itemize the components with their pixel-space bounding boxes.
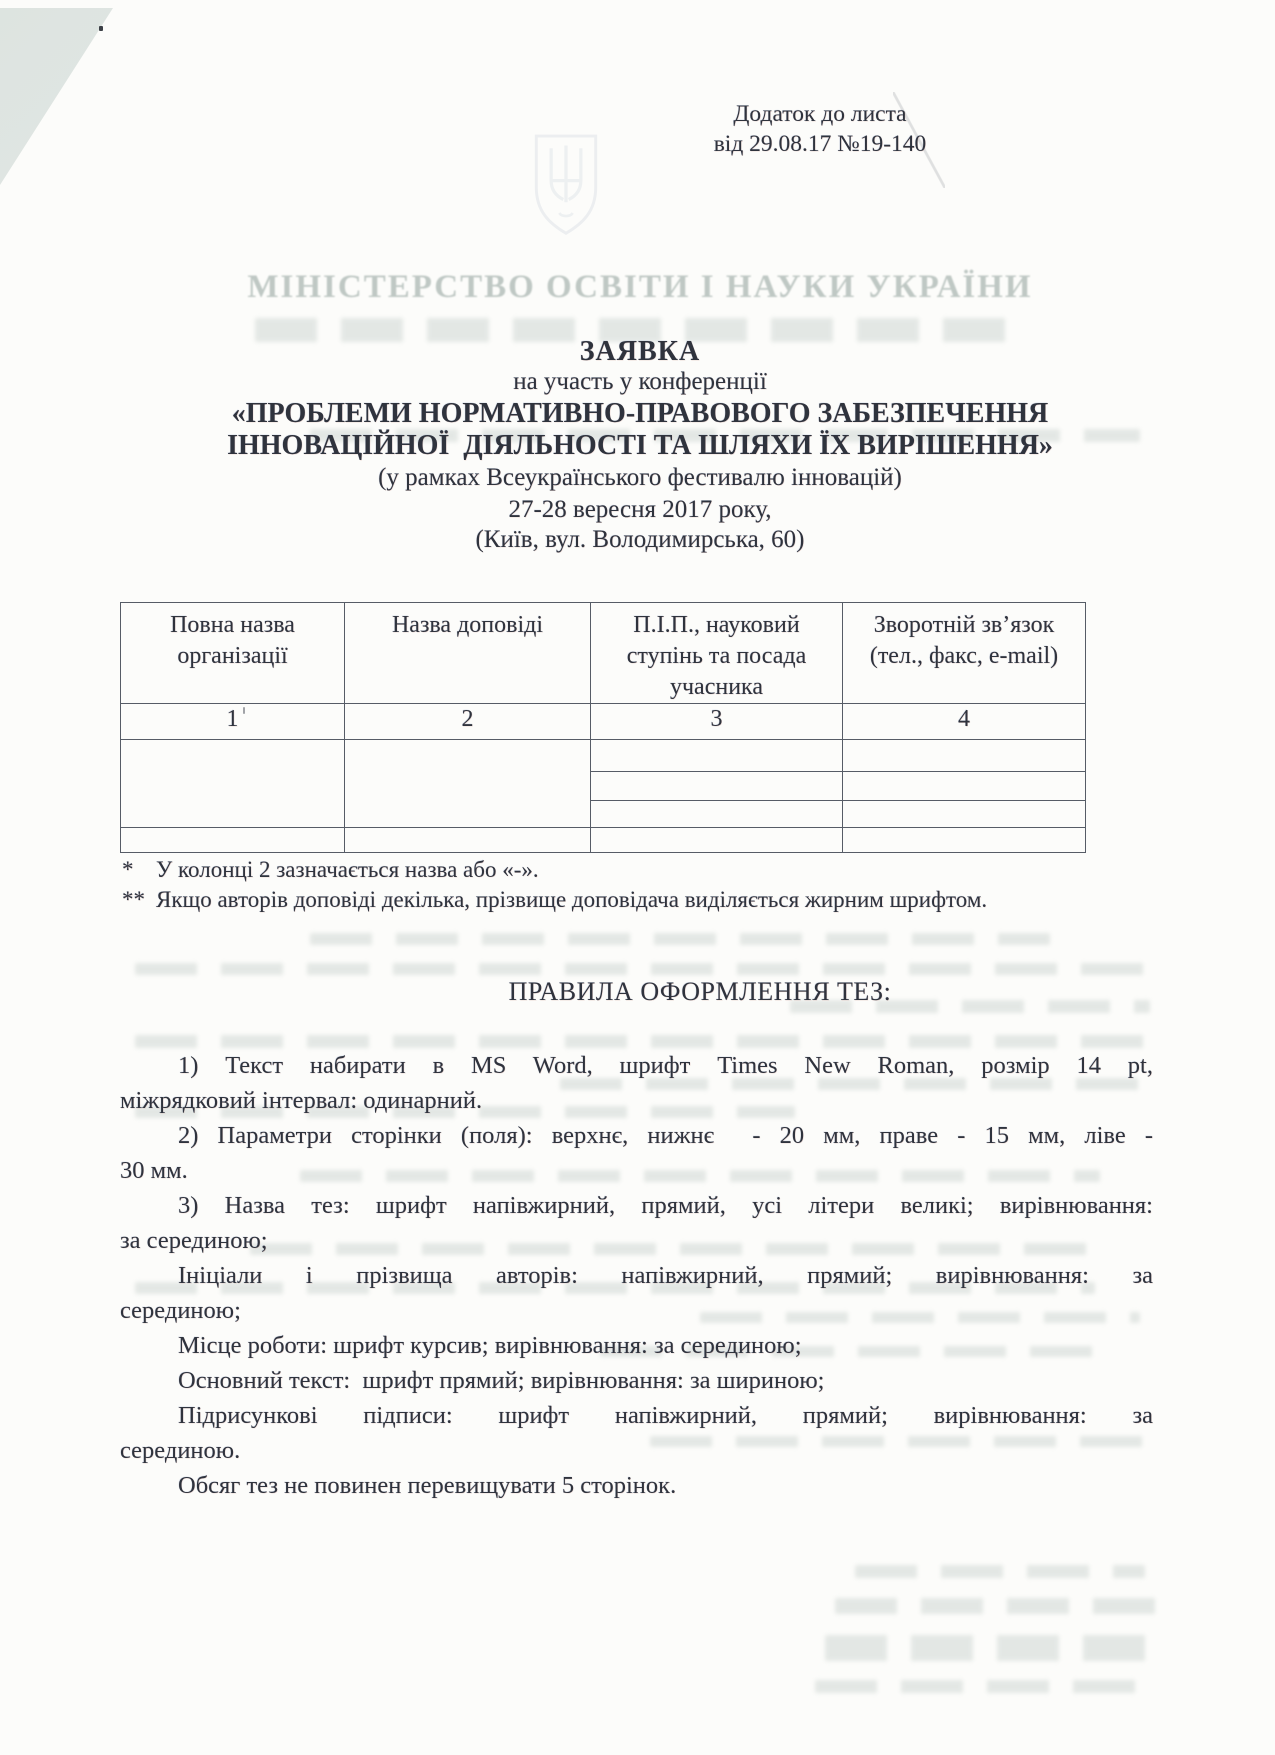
conference-dates: 27-28 вересня 2017 року, bbox=[130, 496, 1150, 524]
ghost-text-band bbox=[135, 1035, 1150, 1048]
rules-paragraph-line: серединою. bbox=[120, 1433, 1153, 1468]
header-organization: Повна назва організації bbox=[121, 603, 345, 704]
table-row bbox=[121, 828, 1086, 853]
application-table: Повна назва організації Назва доповіді П… bbox=[120, 602, 1086, 853]
footnote-text: Якщо авторів доповіді декілька, прізвище… bbox=[156, 885, 987, 915]
scanned-document-page: Додаток до листа від 29.08.17 №19-140 МІ… bbox=[0, 0, 1275, 1755]
empty-cell-organization bbox=[121, 740, 345, 828]
table-header-row: Повна назва організації Назва доповіді П… bbox=[121, 603, 1086, 704]
document-subtitle: на участь у конференції bbox=[130, 368, 1150, 396]
table-number-row: 1 2 3 4 bbox=[121, 704, 1086, 740]
empty-cell-participant bbox=[591, 772, 843, 801]
empty-cell-participant bbox=[591, 801, 843, 828]
table-row bbox=[121, 740, 1086, 772]
header-report-title: Назва доповіді bbox=[345, 603, 591, 704]
empty-cell-participant bbox=[591, 740, 843, 772]
header-contact: Зворотній зв’язок (тел., факс, e-mail) bbox=[843, 603, 1086, 704]
ministry-watermark-text: МІНІСТЕРСТВО ОСВІТИ І НАУКИ УКРАЇНИ bbox=[120, 269, 1160, 306]
footnote-double-asterisk: ** Якщо авторів доповіді декілька, прізв… bbox=[122, 885, 1122, 915]
empty-cell-participant bbox=[591, 828, 843, 853]
column-number-4: 4 bbox=[843, 704, 1086, 740]
conference-name-line2: ІННОВАЦІЙНОЇ ДІЯЛЬНОСТІ ТА ШЛЯХИ ЇХ ВИРІ… bbox=[130, 430, 1150, 462]
rules-paragraph-line: Обсяг тез не повинен перевищувати 5 стор… bbox=[120, 1468, 1153, 1503]
ghost-text-band bbox=[825, 1635, 1165, 1661]
empty-cell-report-title bbox=[345, 740, 591, 828]
footnote-marker: * bbox=[122, 855, 156, 885]
appendix-note-line1: Додаток до листа bbox=[655, 99, 985, 129]
document-title: ЗАЯВКА bbox=[130, 336, 1150, 368]
empty-cell-organization bbox=[121, 828, 345, 853]
rules-paragraph-line: 2) Параметри сторінки (поля): верхнє, ни… bbox=[120, 1118, 1153, 1153]
scanner-corner-triangle bbox=[0, 0, 130, 200]
ukraine-trident-emblem-watermark bbox=[523, 132, 609, 240]
rules-paragraph-line: Місце роботи: шрифт курсив; вирівнювання… bbox=[120, 1328, 1153, 1363]
empty-cell-contact bbox=[843, 740, 1086, 772]
scan-speck bbox=[243, 707, 245, 714]
ghost-text-band bbox=[310, 933, 1050, 945]
footnote-text: У колонці 2 зазначається назва або «-». bbox=[156, 855, 539, 885]
empty-cell-contact bbox=[843, 801, 1086, 828]
empty-cell-contact bbox=[843, 772, 1086, 801]
rules-paragraph-line: 1) Текст набирати в MS Word, шрифт Times… bbox=[120, 1048, 1153, 1083]
rules-paragraph-line: Основний текст: шрифт прямий; вирівнюван… bbox=[120, 1363, 1153, 1398]
conference-framework: (у рамках Всеукраїнського фестивалю інно… bbox=[130, 464, 1150, 492]
rules-paragraph-line: за серединою; bbox=[120, 1223, 1153, 1258]
scan-speck bbox=[99, 26, 103, 31]
appendix-note: Додаток до листа від 29.08.17 №19-140 bbox=[655, 99, 985, 159]
conference-name-line1: «ПРОБЛЕМИ НОРМАТИВНО-ПРАВОВОГО ЗАБЕЗПЕЧЕ… bbox=[130, 398, 1150, 430]
column-number-1: 1 bbox=[121, 704, 345, 740]
rules-paragraph-line: 3) Назва тез: шрифт напівжирний, прямий,… bbox=[120, 1188, 1153, 1223]
rules-paragraph-line: Ініціали і прізвища авторів: напівжирний… bbox=[120, 1258, 1153, 1293]
header-participant: П.І.П., науковий ступінь та посада учасн… bbox=[591, 603, 843, 704]
conference-location: (Київ, вул. Володимирська, 60) bbox=[130, 526, 1150, 554]
ghost-text-band bbox=[855, 1565, 1145, 1578]
rules-paragraph-line: Підрисункові підписи: шрифт напівжирний,… bbox=[120, 1398, 1153, 1433]
rules-paragraph-line: міжрядковий інтервал: одинарний. bbox=[120, 1083, 1153, 1118]
rules-paragraph-line: 30 мм. bbox=[120, 1153, 1153, 1188]
footnote-single-asterisk: * У колонці 2 зазначається назва або «-»… bbox=[122, 855, 1122, 885]
empty-cell-report-title bbox=[345, 828, 591, 853]
footnote-marker: ** bbox=[122, 885, 156, 915]
column-number-2: 2 bbox=[345, 704, 591, 740]
ghost-text-band bbox=[815, 1680, 1155, 1693]
rules-section-heading: ПРАВИЛА ОФОРМЛЕННЯ ТЕЗ: bbox=[130, 977, 1230, 1007]
empty-cell-contact bbox=[843, 828, 1086, 853]
ghost-text-band bbox=[135, 963, 1145, 975]
rules-paragraph-line: серединою; bbox=[120, 1293, 1153, 1328]
column-number-3: 3 bbox=[591, 704, 843, 740]
appendix-note-line2: від 29.08.17 №19-140 bbox=[655, 129, 985, 159]
ghost-text-band bbox=[835, 1598, 1165, 1614]
